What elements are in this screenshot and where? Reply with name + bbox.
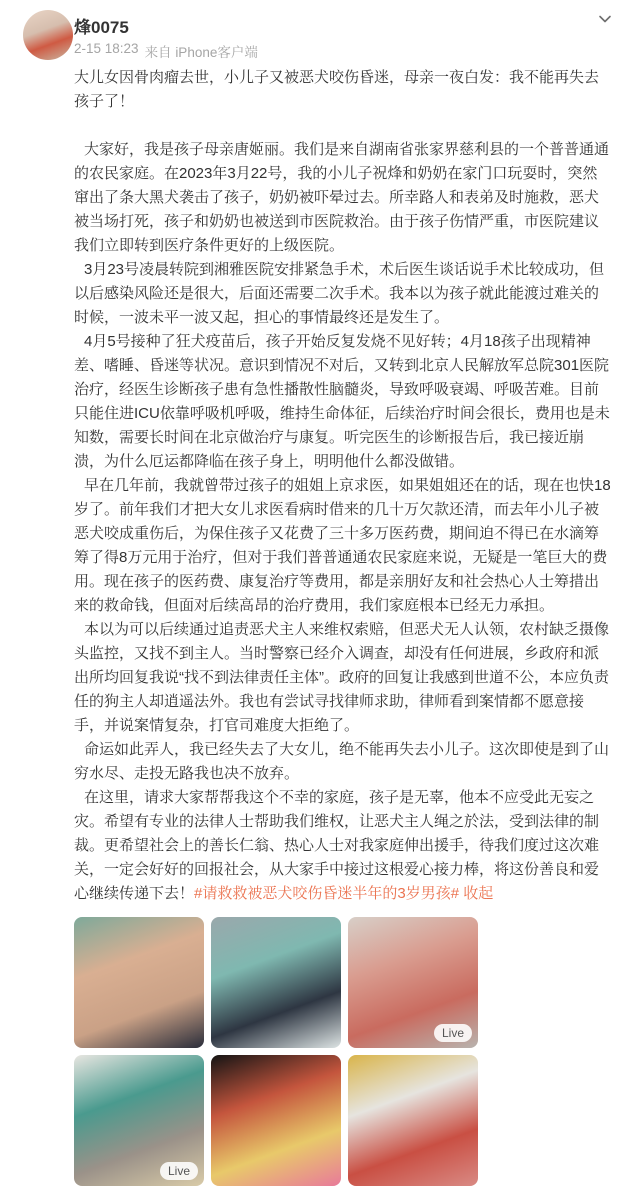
photo-child-standing-in-red-shirt[interactable]	[348, 1055, 478, 1186]
photo-child-sitting-on-hospital-bed[interactable]: Live	[74, 1055, 204, 1186]
post-paragraph: 命运如此弄人，我已经失去了大女儿，绝不能再失去小儿子。这次即使是到了山穷水尽、走…	[74, 738, 611, 786]
photo-child-in-hospital-with-feeding-tube[interactable]	[74, 917, 204, 1048]
hashtag-link[interactable]: #请救救被恶犬咬伤昏迷半年的3岁男孩#	[194, 885, 459, 902]
username[interactable]: 烽0075	[74, 13, 129, 38]
collapse-chevron-icon[interactable]	[596, 10, 614, 28]
post-paragraph: 本以为可以后续通过追责恶犬主人来维权索赔，但恶犬无人认领，农村缺乏摄像头监控，又…	[74, 618, 611, 738]
weibo-post-page: 烽0075 2-15 18:23 来自 iPhone客户端 大儿女因骨肉瘤去世，…	[0, 0, 632, 1195]
live-badge: Live	[160, 1162, 198, 1180]
post-paragraph: 大家好，我是孩子母亲唐姬丽。我们是来自湖南省张家界慈利县的一个普普通通的农民家庭…	[74, 138, 611, 258]
post-timestamp: 2-15 18:23	[74, 41, 139, 61]
post-headline: 大儿女因骨肉瘤去世，小儿子又被恶犬咬伤昏迷，母亲一夜白发：我不能再失去孩子了！	[74, 66, 611, 114]
photo-grid: LiveLive	[74, 917, 480, 1186]
collapse-link[interactable]: 收起	[463, 885, 493, 902]
post-meta: 2-15 18:23 来自 iPhone客户端	[74, 41, 258, 61]
post-text: 大儿女因骨肉瘤去世，小儿子又被恶犬咬伤昏迷，母亲一夜白发：我不能再失去孩子了！ …	[74, 66, 611, 906]
photo-child-lying-in-hospital-crib[interactable]	[211, 917, 341, 1048]
post-body: 大家好，我是孩子母亲唐姬丽。我们是来自湖南省张家界慈利县的一个普普通通的农民家庭…	[74, 138, 611, 906]
post-source: 来自 iPhone客户端	[145, 41, 258, 61]
user-avatar[interactable]	[23, 10, 73, 60]
post-paragraph: 4月5号接种了狂犬疫苗后，孩子开始反复发烧不见好转；4月18孩子出现精神差、嗜睡…	[74, 330, 611, 474]
photo-child-waving-in-yellow-sweater[interactable]	[211, 1055, 341, 1186]
post-paragraph: 早在几年前，我就曾带过孩子的姐姐上京求医，如果姐姐还在的话，现在也快18岁了。前…	[74, 474, 611, 618]
post-paragraph: 在这里，请求大家帮帮我这个不幸的家庭，孩子是无辜，他本不应受此无妄之灾。希望有专…	[74, 786, 611, 906]
post-paragraph: 3月23号凌晨转院到湘雅医院安排紧急手术，术后医生谈话说手术比较成功，但以后感染…	[74, 258, 611, 330]
photo-child-face-closeup-red-cheeks[interactable]: Live	[348, 917, 478, 1048]
live-badge: Live	[434, 1024, 472, 1042]
